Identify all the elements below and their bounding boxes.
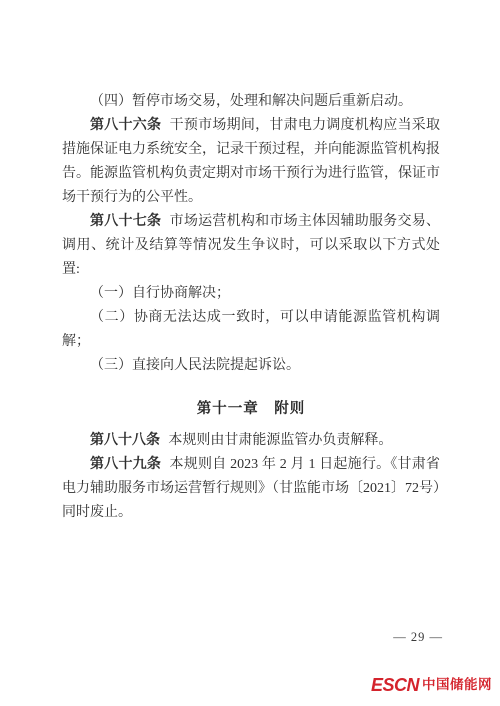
article-89: 第八十九条本规则自 2023 年 2 月 1 日起施行。《甘肃省电力辅助服务市场… [62,453,440,525]
article-87: 第八十七条市场运营机构和市场主体因辅助服务交易、调用、统计及结算等情况发生争议时… [62,210,440,282]
dispute-option-3: （三）直接向人民法院提起诉讼。 [62,354,440,378]
paragraph-text: （四）暂停市场交易，处理和解决问题后重新启动。 [90,94,412,109]
clause-item-4: （四）暂停市场交易，处理和解决问题后重新启动。 [62,90,440,114]
article-88: 第八十八条本规则由甘肃能源监管办负责解释。 [62,429,440,453]
dispute-option-1: （一）自行协商解决； [62,282,440,306]
escn-logo-cjk-text: 中国储能网 [422,678,492,692]
paragraph-text: （三）直接向人民法院提起诉讼。 [90,358,300,373]
dispute-option-2: （二）协商无法达成一致时，可以申请能源监管机构调解； [62,306,440,354]
article-number: 第八十八条 [90,433,160,448]
article-number: 第八十七条 [90,214,161,229]
paragraph-text: （二）协商无法达成一致时，可以申请能源监管机构调解； [62,310,440,349]
article-number: 第八十九条 [90,457,161,472]
article-number: 第八十六条 [90,118,161,133]
escn-logo-latin-text: ESCN [371,676,419,694]
paragraph-text: 本规则由甘肃能源监管办负责解释。 [168,433,392,448]
article-86: 第八十六条干预市场期间，甘肃电力调度机构应当采取措施保证电力系统安全，记录干预过… [62,114,440,210]
paragraph-text: （一）自行协商解决； [90,286,230,301]
chapter-11-heading: 第十一章 附则 [62,397,440,421]
document-page: （四）暂停市场交易，处理和解决问题后重新启动。 第八十六条干预市场期间，甘肃电力… [0,0,500,706]
page-number: — 29 — [393,630,443,645]
document-body: （四）暂停市场交易，处理和解决问题后重新启动。 第八十六条干预市场期间，甘肃电力… [0,0,500,525]
escn-logo: ESCN 中国储能网 [371,676,492,694]
